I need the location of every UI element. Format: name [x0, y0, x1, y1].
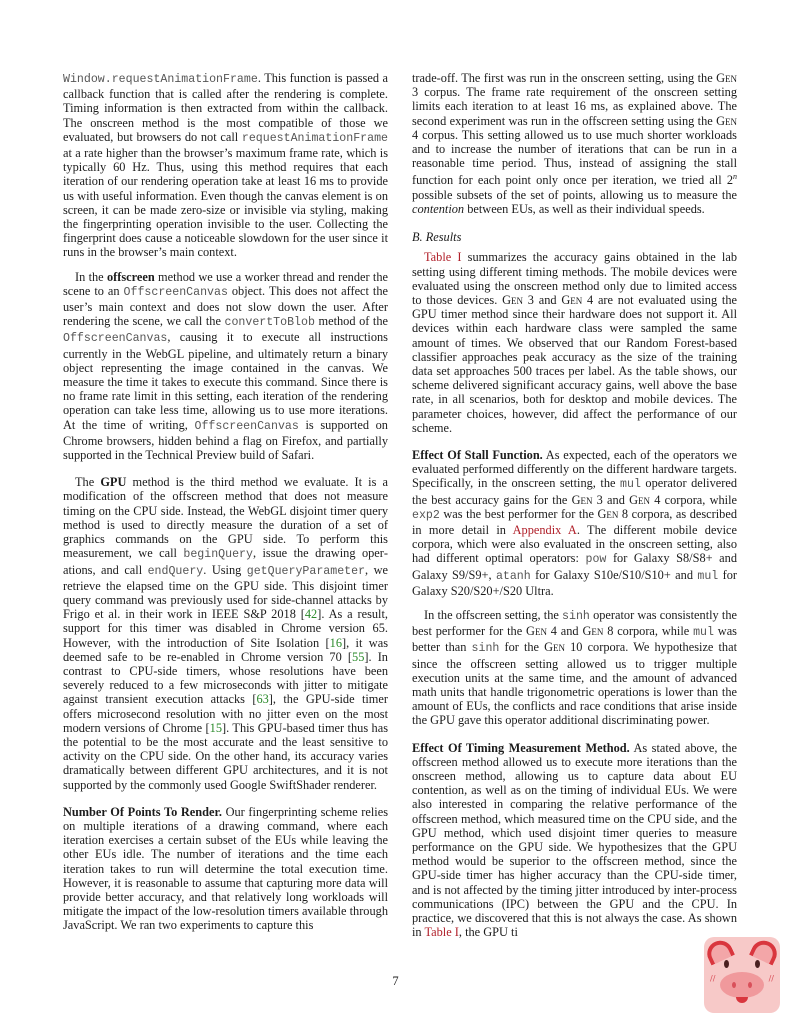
paragraph-stall-function: Effect Of Stall Function. As expected, e… — [412, 448, 737, 598]
citation-link-63[interactable]: 63 — [256, 692, 268, 706]
paragraph-heading: Effect Of Timing Measurement Method. — [412, 741, 630, 755]
term-gpu: GPU — [100, 475, 126, 489]
paragraph-number-of-points: Number Of Points To Render. Our fingerpr… — [63, 805, 388, 933]
code-window-raf: Window.requestAnimationFrame — [63, 73, 258, 86]
pig-ear-icon — [749, 936, 781, 965]
citation-link-15[interactable]: 15 — [210, 721, 222, 735]
paragraph-tradeoff: trade-off. The first was run in the onsc… — [412, 71, 737, 216]
paragraph-gpu-method: The GPU method is the third method we ev… — [63, 475, 388, 791]
paragraph-offscreen-sinh: In the offscreen setting, the sinh opera… — [412, 608, 737, 728]
pig-nostril-icon — [732, 982, 736, 988]
term-offscreen: offscreen — [107, 270, 155, 284]
citation-link-42[interactable]: 42 — [305, 607, 317, 621]
pig-ear-icon — [703, 936, 735, 965]
paragraph-onscreen-method: Window.requestAnimationFrame. This funct… — [63, 71, 388, 260]
citation-link-16[interactable]: 16 — [330, 636, 342, 650]
page-number: 7 — [0, 974, 791, 989]
paragraph-timing-method: Effect Of Timing Measurement Method. As … — [412, 741, 737, 940]
pig-blush-icon: // — [769, 974, 774, 983]
pig-eye-icon — [755, 960, 760, 968]
paragraph-heading: Effect Of Stall Function. — [412, 448, 543, 462]
paragraph-offscreen-method: In the offscreen method we use a worker … — [63, 270, 388, 463]
pig-blush-icon: // — [710, 974, 715, 983]
citation-link-55[interactable]: 55 — [352, 650, 364, 664]
paper-page: Window.requestAnimationFrame. This funct… — [0, 0, 791, 1024]
pig-eye-icon — [724, 960, 729, 968]
appendix-a-link[interactable]: Appendix A — [513, 523, 577, 537]
code-raf: requestAnimationFrame — [242, 132, 388, 145]
left-column: Window.requestAnimationFrame. This funct… — [63, 71, 388, 933]
subsection-heading-results: B. Results — [412, 230, 737, 244]
right-column: trade-off. The first was run in the onsc… — [412, 71, 737, 939]
pig-snout-icon — [720, 972, 764, 998]
table-i-link[interactable]: Table I — [424, 925, 458, 939]
pig-face-icon[interactable]: // // — [704, 937, 780, 1013]
table-i-link[interactable]: Table I — [424, 250, 462, 264]
pig-mouth-icon — [736, 997, 748, 1003]
pig-nostril-icon — [748, 982, 752, 988]
paragraph-results-summary: Table I summarizes the accuracy gains ob… — [412, 250, 737, 435]
paragraph-heading: Number Of Points To Render. — [63, 805, 222, 819]
